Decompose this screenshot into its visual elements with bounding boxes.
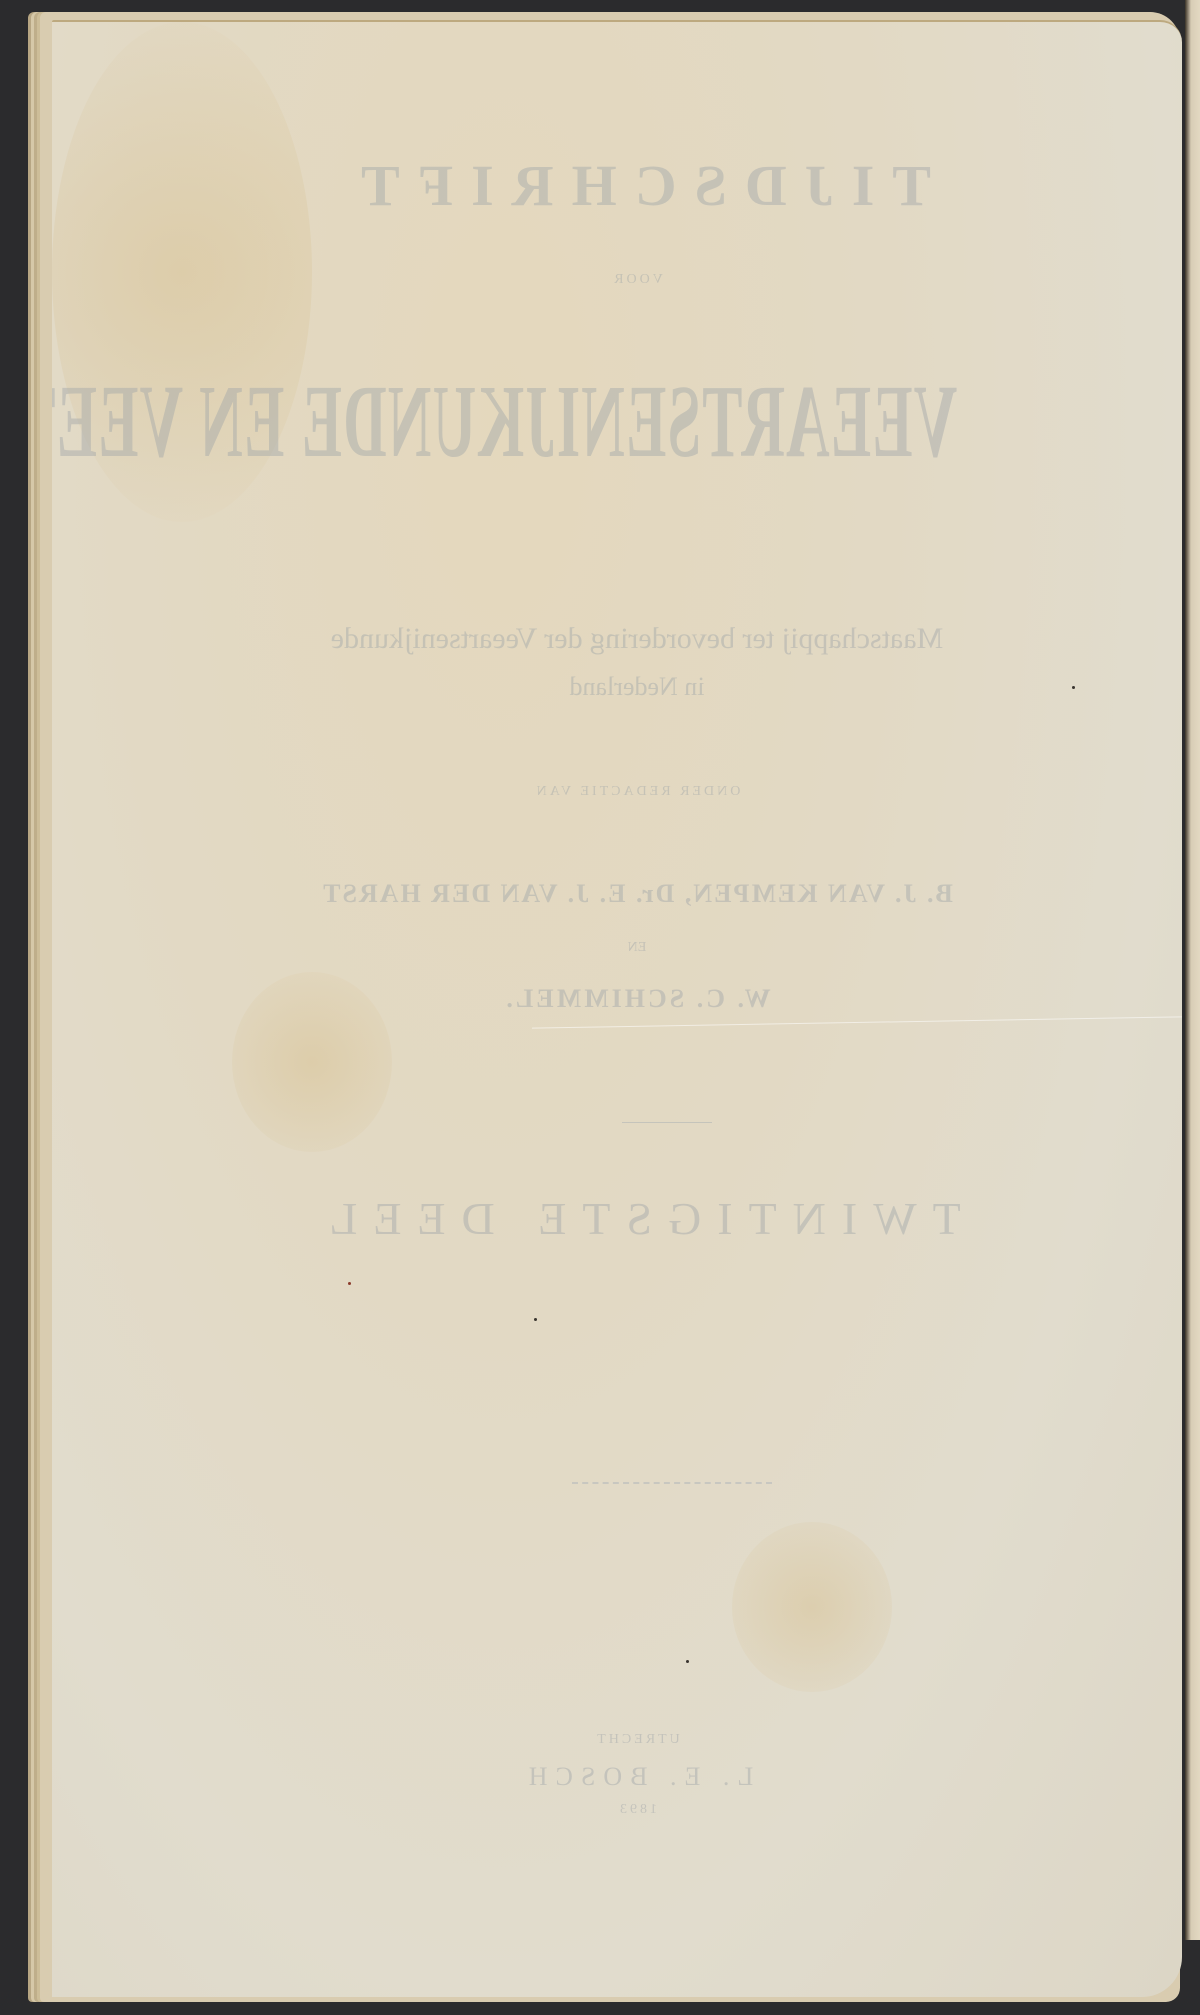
bleed-editor-3: W. C. SCHIMMEL. bbox=[92, 984, 1182, 1014]
paper-crease bbox=[532, 1016, 1182, 1032]
bleed-van-line: VOOR bbox=[92, 272, 1182, 288]
next-page-edge bbox=[1185, 0, 1200, 1940]
bleed-en: EN bbox=[92, 940, 1182, 956]
bleed-title-line-1: TIJDSCHRIFT bbox=[92, 152, 1182, 219]
bleed-subtitle-line-1: Maatschappij ter bevordering der Veearts… bbox=[92, 622, 1182, 656]
bleed-rule-2 bbox=[572, 1482, 772, 1484]
ink-speck bbox=[534, 1318, 537, 1321]
bleed-year: 1893 bbox=[92, 1802, 1182, 1818]
paper-stain bbox=[732, 1522, 892, 1692]
bleed-title-line-2: VEEARTSENIJKUNDE EN VEETEELT bbox=[337, 362, 958, 481]
bleed-publisher: L. E. BOSCH bbox=[92, 1762, 1182, 1792]
bleed-editors-line: B. J. VAN KEMPEN, Dr. E. J. VAN DER HARS… bbox=[92, 879, 1182, 909]
bleed-rule-1 bbox=[622, 1122, 712, 1123]
bleed-onder-redactie: ONDER REDACTIE VAN bbox=[92, 784, 1182, 800]
book-page: TIJDSCHRIFT VOOR VEEARTSENIJKUNDE EN VEE… bbox=[52, 20, 1182, 1997]
bleed-place: UTRECHT bbox=[92, 1732, 1182, 1748]
ink-speck bbox=[348, 1282, 351, 1285]
ink-speck bbox=[686, 1660, 689, 1663]
ink-speck bbox=[1072, 686, 1075, 689]
bleed-volume: TWINTIGSTE DEEL bbox=[92, 1192, 1182, 1245]
bleed-subtitle-line-2: in Nederland bbox=[92, 672, 1182, 702]
